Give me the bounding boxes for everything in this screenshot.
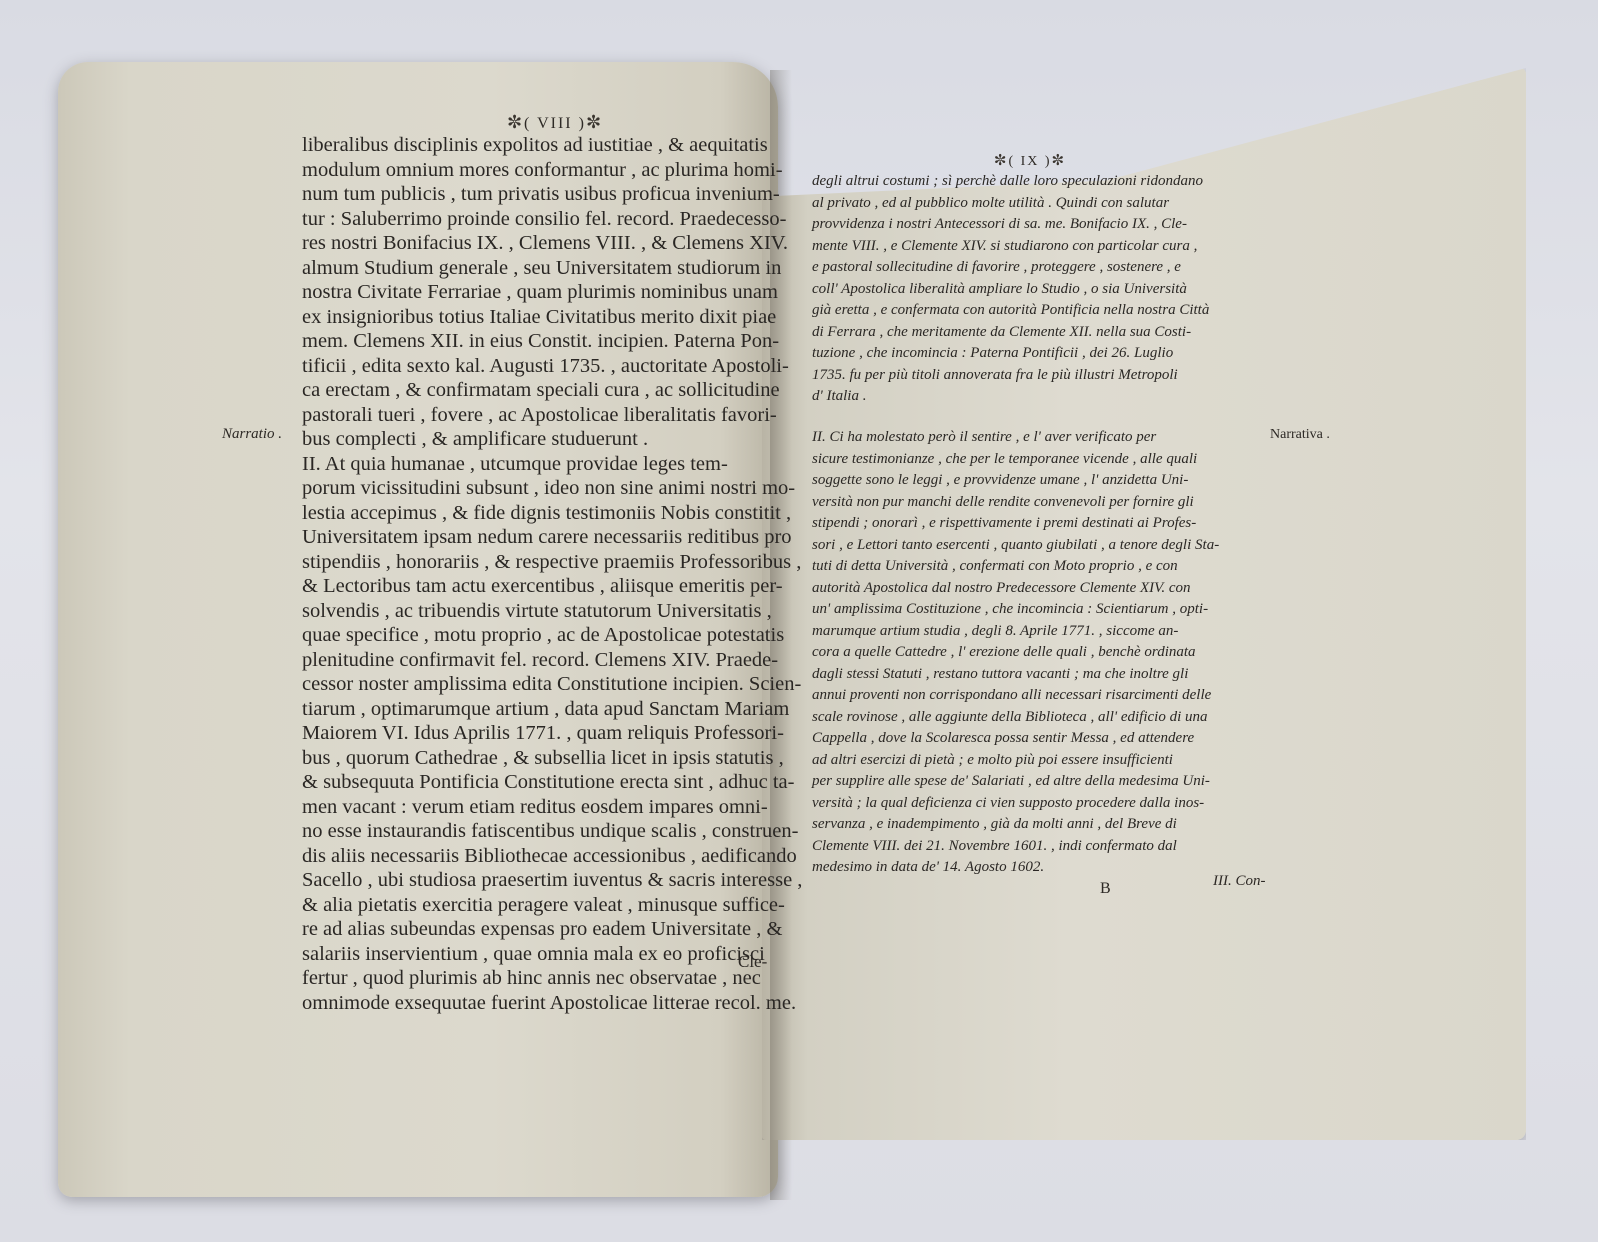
ornament-icon: ✼ [1052,153,1067,169]
text-line: salariis inservientium , quae omnia mala… [302,942,772,967]
text-line: versità non pur manchi delle rendite con… [812,492,1267,514]
text-line: bus complecti , & amplificare studuerunt… [302,427,772,452]
text-line: cessor noster amplissima edita Constitut… [302,672,772,697]
page-number: ( IX ) [1008,154,1051,169]
text-line: Cappella , dove la Scolaresca possa sent… [812,728,1267,750]
text-line: almum Studium generale , seu Universitat… [302,256,772,281]
text-line: II. Ci ha molestato però il sentire , e … [812,427,1267,449]
text-line: al privato , ed al pubblico molte utilit… [812,193,1267,215]
margin-note-narrativa: Narrativa . [1270,427,1330,443]
text-line: no esse instaurandis fatiscentibus undiq… [302,819,772,844]
text-line: scale rovinose , alle aggiunte della Bib… [812,707,1267,729]
text-line: & alia pietatis exercitia peragere valea… [302,893,772,918]
text-line: ca erectam , & confirmatam speciali cura… [302,378,772,403]
text-line: quae specifice , motu proprio , ac de Ap… [302,623,772,648]
text-line: modulum omnium mores conformantur , ac p… [302,158,772,183]
text-line: stipendi ; onorarì , e rispettivamente i… [812,513,1267,535]
text-line: tuti di detta Università , confermati co… [812,556,1267,578]
text-line: cora a quelle Cattedre , l' erezione del… [812,642,1267,664]
text-line: di Ferrara , che meritamente da Clemente… [812,322,1267,344]
text-line: degli altrui costumi ; sì perchè dalle l… [812,171,1267,193]
text-line: provvidenza i nostri Antecessori di sa. … [812,214,1267,236]
right-page-paragraph-1: degli altrui costumi ; sì perchè dalle l… [812,171,1267,408]
text-line: dagli stessi Statuti , restano tuttora v… [812,664,1267,686]
text-line: sori , e Lettori tanto esercenti , quant… [812,535,1267,557]
text-line: ad altri esercizi di pietà ; e molto più… [812,750,1267,772]
text-line: annui proventi non corrispondano alli ne… [812,685,1267,707]
text-line: tificii , edita sexto kal. Augusti 1735.… [302,354,772,379]
text-line: marumque artium studia , degli 8. Aprile… [812,621,1267,643]
text-line: e pastoral sollecitudine di favorire , p… [812,257,1267,279]
right-page-paragraph-2: II. Ci ha molestato però il sentire , e … [812,427,1267,879]
text-line: per supplire alle spese de' Salariati , … [812,771,1267,793]
text-line: stipendiis , honorariis , & respective p… [302,550,772,575]
text-line: mente VIII. , e Clemente XIV. si studiar… [812,236,1267,258]
text-line: II. At quia humanae , utcumque providae … [302,452,772,477]
text-line: plenitudine confirmavit fel. record. Cle… [302,648,772,673]
text-line: pastorali tueri , fovere , ac Apostolica… [302,403,772,428]
text-line: Clemente VIII. dei 21. Novembre 1601. , … [812,836,1267,858]
left-page-body: liberalibus disciplinis expolitos ad ius… [302,133,772,1015]
text-line: dis aliis necessariis Bibliothecae acces… [302,844,772,869]
signature-mark: B [1100,880,1111,898]
text-line: solvendis , ac tribuendis virtute statut… [302,599,772,624]
text-line: tuzione , che incomincia : Paterna Ponti… [812,343,1267,365]
text-line: coll' Apostolica liberalità ampliare lo … [812,279,1267,301]
text-line: porum vicissitudini subsunt , ideo non s… [302,476,772,501]
ornament-icon: ✼ [507,112,524,132]
text-line: omnimode exsequutae fuerint Apostolicae … [302,991,772,1016]
text-line: un' amplissima Costituzione , che incomi… [812,599,1267,621]
text-line: già eretta , e confermata con autorità P… [812,300,1267,322]
text-line: servanza , e inadempimento , già da molt… [812,814,1267,836]
text-line: & Lectoribus tam actu exercentibus , ali… [302,574,772,599]
text-line: Maiorem VI. Idus Aprilis 1771. , quam re… [302,721,772,746]
text-line: sicure testimonianze , che per le tempor… [812,449,1267,471]
text-line: autorità Apostolica dal nostro Predecess… [812,578,1267,600]
margin-note-narratio: Narratio . [222,426,282,443]
right-catchword: III. Con- [1213,873,1266,890]
text-line: Universitatem ipsam nedum carere necessa… [302,525,772,550]
ornament-icon: ✼ [994,153,1009,169]
text-line: 1735. fu per più titoli annoverata fra l… [812,365,1267,387]
text-line: ex insignioribus totius Italiae Civitati… [302,305,772,330]
text-line: d' Italia . [812,386,1267,408]
text-line: tiarum , optimarumque artium , data apud… [302,697,772,722]
text-line: men vacant : verum etiam reditus eosdem … [302,795,772,820]
page-number: ( VIII ) [524,115,586,132]
text-line: bus , quorum Cathedrae , & subsellia lic… [302,746,772,771]
text-line: & subsequuta Pontificia Constitutione er… [302,770,772,795]
text-line: num tum publicis , tum privatis usibus p… [302,182,772,207]
text-line: fertur , quod plurimis ab hinc annis nec… [302,966,772,991]
ornament-icon: ✼ [586,112,603,132]
text-line: Sacello , ubi studiosa praesertim iuvent… [302,868,772,893]
left-catchword: Cle- [738,952,767,972]
text-line: liberalibus disciplinis expolitos ad ius… [302,133,772,158]
text-line: versità ; la qual deficienza ci vien sup… [812,793,1267,815]
text-line: res nostri Bonifacius IX. , Clemens VIII… [302,231,772,256]
text-line: mem. Clemens XII. in eius Constit. incip… [302,329,772,354]
text-line: re ad alias subeundas expensas pro eadem… [302,917,772,942]
text-line: medesimo in data de' 14. Agosto 1602. [812,857,1267,879]
left-running-head: ✼( VIII )✼ [480,112,630,133]
text-line: nostra Civitate Ferrariae , quam plurimi… [302,280,772,305]
text-line: soggette sono le leggi , e provvidenze u… [812,470,1267,492]
right-running-head: ✼( IX )✼ [985,151,1075,170]
text-line: tur : Saluberrimo proinde consilio fel. … [302,207,772,232]
text-line: lestia accepimus , & fide dignis testimo… [302,501,772,526]
